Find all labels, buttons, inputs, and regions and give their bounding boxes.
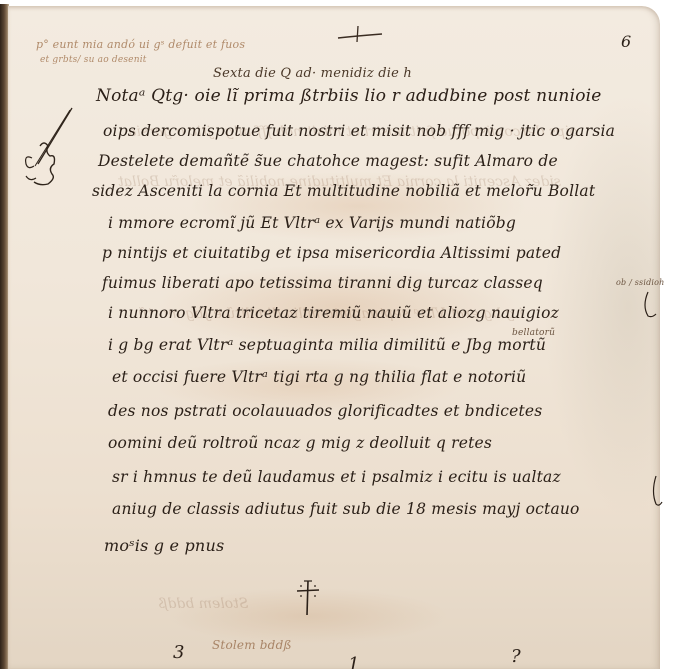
manuscript-line-9: i g bg erat Vltrᵃ septuaginta milia dimi… xyxy=(108,336,546,354)
line-end-flourish xyxy=(638,290,658,320)
manuscript-line-6: p nintijs et ciuitatibg et ipsa miserico… xyxy=(102,244,561,262)
bottom-mark: ? xyxy=(511,646,521,667)
manuscript-line-15: moˢis g e pnus xyxy=(104,536,224,555)
manicule-pointing-hand-icon xyxy=(16,106,76,196)
cross-mark-icon xyxy=(295,579,321,619)
bleed-through-text: Stolem bddß xyxy=(158,596,248,612)
manuscript-page: oips dercomispotue fuit nostri et misit … xyxy=(8,6,660,669)
bottom-faint-note: Stolem bddß xyxy=(212,638,292,652)
line-end-flourish xyxy=(648,474,664,510)
manuscript-line-1: Notaᵃ Qtg· oie lĩ prima ßtrbiis lio r a… xyxy=(96,86,602,106)
manuscript-line-8: i nunnoro Vltra tricetaz tiremiũ nauiũ… xyxy=(108,304,559,322)
manuscript-line-10: et occisi fuere Vltrᵃ tigi rta g ng thil… xyxy=(112,368,526,386)
manuscript-line-2: oips dercomispotue fuit nostri et misit … xyxy=(103,122,615,140)
manuscript-line-13: sr i hmnus te deũ laudamus et i psalmiz… xyxy=(112,468,561,486)
manuscript-line-4: sidez Asceniti la cornia Et multitudine … xyxy=(92,182,595,200)
manuscript-line-5: i mmore ecromĩ jũ Et Vltrᵃ ex Varijs m… xyxy=(108,214,516,232)
header-note-line-1: p° eunt mia andó ui gˢ defuit et fuos xyxy=(36,38,245,51)
dated-heading: Sexta die Q ad· menidiz die h xyxy=(213,66,412,81)
manuscript-line-3: Destelete demañtẽ s̃ue chatohce magest… xyxy=(98,152,558,170)
manuscript-line-12: oomini deũ roltroũ ncaz g mig z deollu… xyxy=(108,434,492,452)
manuscript-line-7: fuimus liberati apo tetissima tiranni di… xyxy=(102,274,543,292)
folio-number: 6 xyxy=(621,32,631,51)
interlinear-note-obsidio: ob / ssidioh xyxy=(616,278,665,287)
header-note-line-2: et grbts/ su ao desenit xyxy=(40,55,147,65)
manuscript-line-14: aniug de classis adiutus fuit sub die 18… xyxy=(112,500,580,518)
top-cross-stroke-mark xyxy=(336,24,386,44)
manuscript-line-11: des nos pstrati ocolauuados glorificadte… xyxy=(108,402,542,420)
bottom-mark: 3 xyxy=(173,642,185,663)
bottom-mark: 1 xyxy=(348,654,360,669)
